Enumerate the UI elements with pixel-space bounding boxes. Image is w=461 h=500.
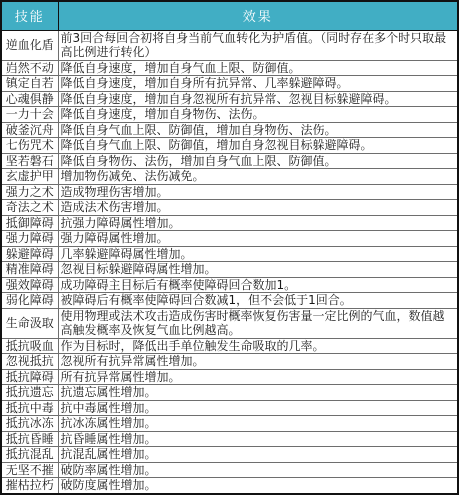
skill-name-cell: 抵抗遗忘	[1, 385, 58, 401]
skill-name-cell: 生命汲取	[1, 308, 58, 338]
skill-effect-cell: 作为目标时，降低出手单位触发生命吸取的几率。	[58, 338, 458, 354]
skill-name-cell: 岿然不动	[1, 60, 58, 76]
table-row: 摧枯拉朽 破防度属性增加。	[1, 478, 458, 494]
skill-effect-cell: 降低自身速度，增加自身气血上限、防御值。	[58, 60, 458, 76]
skill-name-cell: 一力十会	[1, 107, 58, 123]
table-row: 抵抗遗忘 抗遗忘属性增加。	[1, 385, 458, 401]
skill-name-cell: 精准障碍	[1, 262, 58, 278]
skill-name-cell: 抵抗冰冻	[1, 416, 58, 432]
skill-name-cell: 坚若磐石	[1, 153, 58, 169]
skill-name-cell: 躲避障碍	[1, 246, 58, 262]
skill-effect-cell: 降低自身速度，增加自身物伤、法伤。	[58, 107, 458, 123]
skill-effect-cell: 降低自身气血上限、防御值，增加自身物伤、法伤。	[58, 122, 458, 138]
skill-name-cell: 七伤咒术	[1, 138, 58, 154]
table-row: 抵抗昏睡 抗昏睡属性增加。	[1, 431, 458, 447]
skill-effect-cell: 成功障碍主目标后有概率使障碍回合数加1。	[58, 277, 458, 293]
table-row: 一力十会 降低自身速度，增加自身物伤、法伤。	[1, 107, 458, 123]
table-row: 岿然不动 降低自身速度，增加自身气血上限、防御值。	[1, 60, 458, 76]
skill-effect-cell: 抗混乱属性增加。	[58, 447, 458, 463]
table-row: 坚若磐石 降低自身物伤、法伤，增加自身气血上限、防御值。	[1, 153, 458, 169]
skill-effect-cell: 降低自身速度，增加自身所有抗异常、几率躲避障碍。	[58, 76, 458, 92]
skill-effect-cell: 降低自身气血上限、防御值，增加自身忽视目标躲避障碍。	[58, 138, 458, 154]
skill-effect-cell: 造成物理伤害增加。	[58, 184, 458, 200]
table-header-row: 技能 效果	[1, 1, 458, 30]
skill-name-cell: 无坚不摧	[1, 462, 58, 478]
table-row: 弱化障碍 被障碍后有概率使障碍回合数减1，但不会低于1回合。	[1, 293, 458, 309]
table-body: 逆血化盾 前3回合每回合初将自身当前气血转化为护盾值。（同时存在多个时只取最高比…	[1, 30, 458, 494]
skill-effect-cell: 前3回合每回合初将自身当前气血转化为护盾值。（同时存在多个时只取最高比例进行转化…	[58, 30, 458, 60]
skill-name-cell: 抵抗障碍	[1, 369, 58, 385]
skill-name-cell: 玄虚护甲	[1, 169, 58, 185]
table-row: 精准障碍 忽视目标躲避障碍属性增加。	[1, 262, 458, 278]
skill-effect-cell: 破防度属性增加。	[58, 478, 458, 494]
skill-effect-cell: 几率躲避障碍属性增加。	[58, 246, 458, 262]
skill-name-cell: 忽视抵抗	[1, 354, 58, 370]
skill-name-cell: 弱化障碍	[1, 293, 58, 309]
skill-name-cell: 逆血化盾	[1, 30, 58, 60]
skill-name-cell: 抵抗吸血	[1, 338, 58, 354]
table-row: 镇定自若 降低自身速度，增加自身所有抗异常、几率躲避障碍。	[1, 76, 458, 92]
skill-name-cell: 抵御障碍	[1, 215, 58, 231]
skill-name-cell: 抵抗昏睡	[1, 431, 58, 447]
table-row: 强力障碍 强力障碍属性增加。	[1, 231, 458, 247]
skill-effect-cell: 抗中毒属性增加。	[58, 400, 458, 416]
table-row: 躲避障碍 几率躲避障碍属性增加。	[1, 246, 458, 262]
skill-effect-cell: 抗遗忘属性增加。	[58, 385, 458, 401]
table-row: 生命汲取 使用物理或法术攻击造成伤害时概率恢复伤害量一定比例的气血，数值越高触发…	[1, 308, 458, 338]
table-row: 抵抗中毒 抗中毒属性增加。	[1, 400, 458, 416]
table-row: 玄虚护甲 增加物伤减免、法伤减免。	[1, 169, 458, 185]
skill-name-cell: 摧枯拉朽	[1, 478, 58, 494]
skill-name-cell: 镇定自若	[1, 76, 58, 92]
table-row: 强效障碍 成功障碍主目标后有概率使障碍回合数加1。	[1, 277, 458, 293]
skill-effect-table: 技能 效果 逆血化盾 前3回合每回合初将自身当前气血转化为护盾值。（同时存在多个…	[0, 0, 459, 495]
table-row: 忽视抵抗 忽视所有抗异常属性增加。	[1, 354, 458, 370]
skill-name-cell: 抵抗中毒	[1, 400, 58, 416]
table-row: 抵抗混乱 抗混乱属性增加。	[1, 447, 458, 463]
skill-name-cell: 抵抗混乱	[1, 447, 58, 463]
skill-effect-cell: 抗强力障碍属性增加。	[58, 215, 458, 231]
skill-name-cell: 强效障碍	[1, 277, 58, 293]
table-row: 奇法之术 造成法术伤害增加。	[1, 200, 458, 216]
table-row: 抵御障碍 抗强力障碍属性增加。	[1, 215, 458, 231]
skill-effect-cell: 忽视目标躲避障碍属性增加。	[58, 262, 458, 278]
skill-effect-cell: 所有抗异常属性增加。	[58, 369, 458, 385]
skill-name-cell: 强力之术	[1, 184, 58, 200]
table-row: 心魂俱静 降低自身速度，增加自身忽视所有抗异常、忽视目标躲避障碍。	[1, 91, 458, 107]
skill-effect-cell: 抗昏睡属性增加。	[58, 431, 458, 447]
skill-effect-cell: 增加物伤减免、法伤减免。	[58, 169, 458, 185]
table-row: 抵抗冰冻 抗冰冻属性增加。	[1, 416, 458, 432]
skill-effect-cell: 抗冰冻属性增加。	[58, 416, 458, 432]
table-row: 抵抗吸血 作为目标时，降低出手单位触发生命吸取的几率。	[1, 338, 458, 354]
skill-effect-cell: 强力障碍属性增加。	[58, 231, 458, 247]
table-row: 强力之术 造成物理伤害增加。	[1, 184, 458, 200]
skill-name-cell: 奇法之术	[1, 200, 58, 216]
skill-name-cell: 强力障碍	[1, 231, 58, 247]
column-header-effect: 效果	[58, 1, 458, 30]
skill-name-cell: 破釜沉舟	[1, 122, 58, 138]
skill-effect-cell: 破防率属性增加。	[58, 462, 458, 478]
table-row: 抵抗障碍 所有抗异常属性增加。	[1, 369, 458, 385]
column-header-skill: 技能	[1, 1, 58, 30]
skill-effect-table-page: 技能 效果 逆血化盾 前3回合每回合初将自身当前气血转化为护盾值。（同时存在多个…	[0, 0, 461, 500]
table-row: 逆血化盾 前3回合每回合初将自身当前气血转化为护盾值。（同时存在多个时只取最高比…	[1, 30, 458, 60]
table-row: 七伤咒术 降低自身气血上限、防御值，增加自身忽视目标躲避障碍。	[1, 138, 458, 154]
skill-effect-cell: 造成法术伤害增加。	[58, 200, 458, 216]
table-row: 无坚不摧 破防率属性增加。	[1, 462, 458, 478]
skill-effect-cell: 被障碍后有概率使障碍回合数减1，但不会低于1回合。	[58, 293, 458, 309]
skill-effect-cell: 降低自身物伤、法伤，增加自身气血上限、防御值。	[58, 153, 458, 169]
table-row: 破釜沉舟 降低自身气血上限、防御值，增加自身物伤、法伤。	[1, 122, 458, 138]
skill-effect-cell: 使用物理或法术攻击造成伤害时概率恢复伤害量一定比例的气血，数值越高触发概率及恢复…	[58, 308, 458, 338]
skill-effect-cell: 降低自身速度，增加自身忽视所有抗异常、忽视目标躲避障碍。	[58, 91, 458, 107]
skill-name-cell: 心魂俱静	[1, 91, 58, 107]
skill-effect-cell: 忽视所有抗异常属性增加。	[58, 354, 458, 370]
